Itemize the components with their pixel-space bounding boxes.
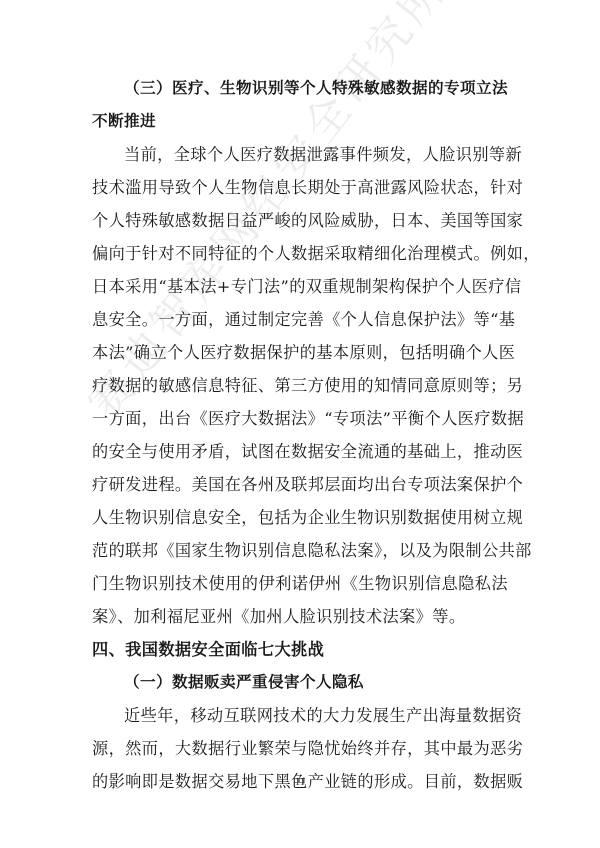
page-body: （三）医疗、生物识别等个人特殊敏感数据的专项立法 不断推进 当前，全球个人医疗数… xyxy=(92,72,508,798)
section-heading-1: （一）数据贩卖严重侵害个人隐私 xyxy=(92,666,508,699)
paragraph-line: 日本采用“基本法+专门法”的双重规制架构保护个人医疗信 xyxy=(92,270,508,303)
paragraph-line: 疗研发进程。美国在各州及联邦层面均出台专项法案保护个 xyxy=(92,468,508,501)
paragraph-line: 偏向于针对不同特征的个人数据采取精细化治理模式。例如， xyxy=(92,237,508,270)
paragraph-line: 案》、加利福尼亚州《加州人脸识别技术法案》等。 xyxy=(92,600,508,633)
paragraph-line: 疗数据的敏感信息特征、第三方使用的知情同意原则等；另 xyxy=(92,369,508,402)
paragraph-line: 本法”确立个人医疗数据保护的基本原则，包括明确个人医 xyxy=(92,336,508,369)
paragraph-line: 的安全与使用矛盾，试图在数据安全流通的基础上，推动医 xyxy=(92,435,508,468)
paragraph-line: 源，然而，大数据行业繁荣与隐忧始终并存，其中最为恶劣 xyxy=(92,732,508,765)
paragraph-line: 技术滥用导致个人生物信息长期处于高泄露风险状态，针对 xyxy=(92,171,508,204)
page-number: 11 xyxy=(0,776,600,788)
paragraph-line: 个人特殊敏感数据日益严峻的风险威胁，日本、美国等国家 xyxy=(92,204,508,237)
document-page: 赛迪智库网络安全研究所 （三）医疗、生物识别等个人特殊敏感数据的专项立法 不断推… xyxy=(0,0,600,848)
paragraph-line: 人生物识别信息安全，包括为企业生物识别数据使用树立规 xyxy=(92,501,508,534)
paragraph-line: 一方面，出台《医疗大数据法》“专项法”平衡个人医疗数据 xyxy=(92,402,508,435)
section-heading-3: （三）医疗、生物识别等个人特殊敏感数据的专项立法 xyxy=(92,72,508,105)
paragraph-line: 近些年，移动互联网技术的大力发展生产出海量数据资 xyxy=(92,699,508,732)
paragraph-line: 息安全。一方面，通过制定完善《个人信息保护法》等“基 xyxy=(92,303,508,336)
section-heading-3-cont: 不断推进 xyxy=(92,105,508,138)
paragraph-line: 门生物识别技术使用的伊利诺伊州《生物识别信息隐私法 xyxy=(92,567,508,600)
chapter-heading-4: 四、我国数据安全面临七大挑战 xyxy=(92,633,508,666)
paragraph-line: 范的联邦《国家生物识别信息隐私法案》，以及为限制公共部 xyxy=(92,534,508,567)
paragraph-line: 当前，全球个人医疗数据泄露事件频发，人脸识别等新 xyxy=(92,138,508,171)
